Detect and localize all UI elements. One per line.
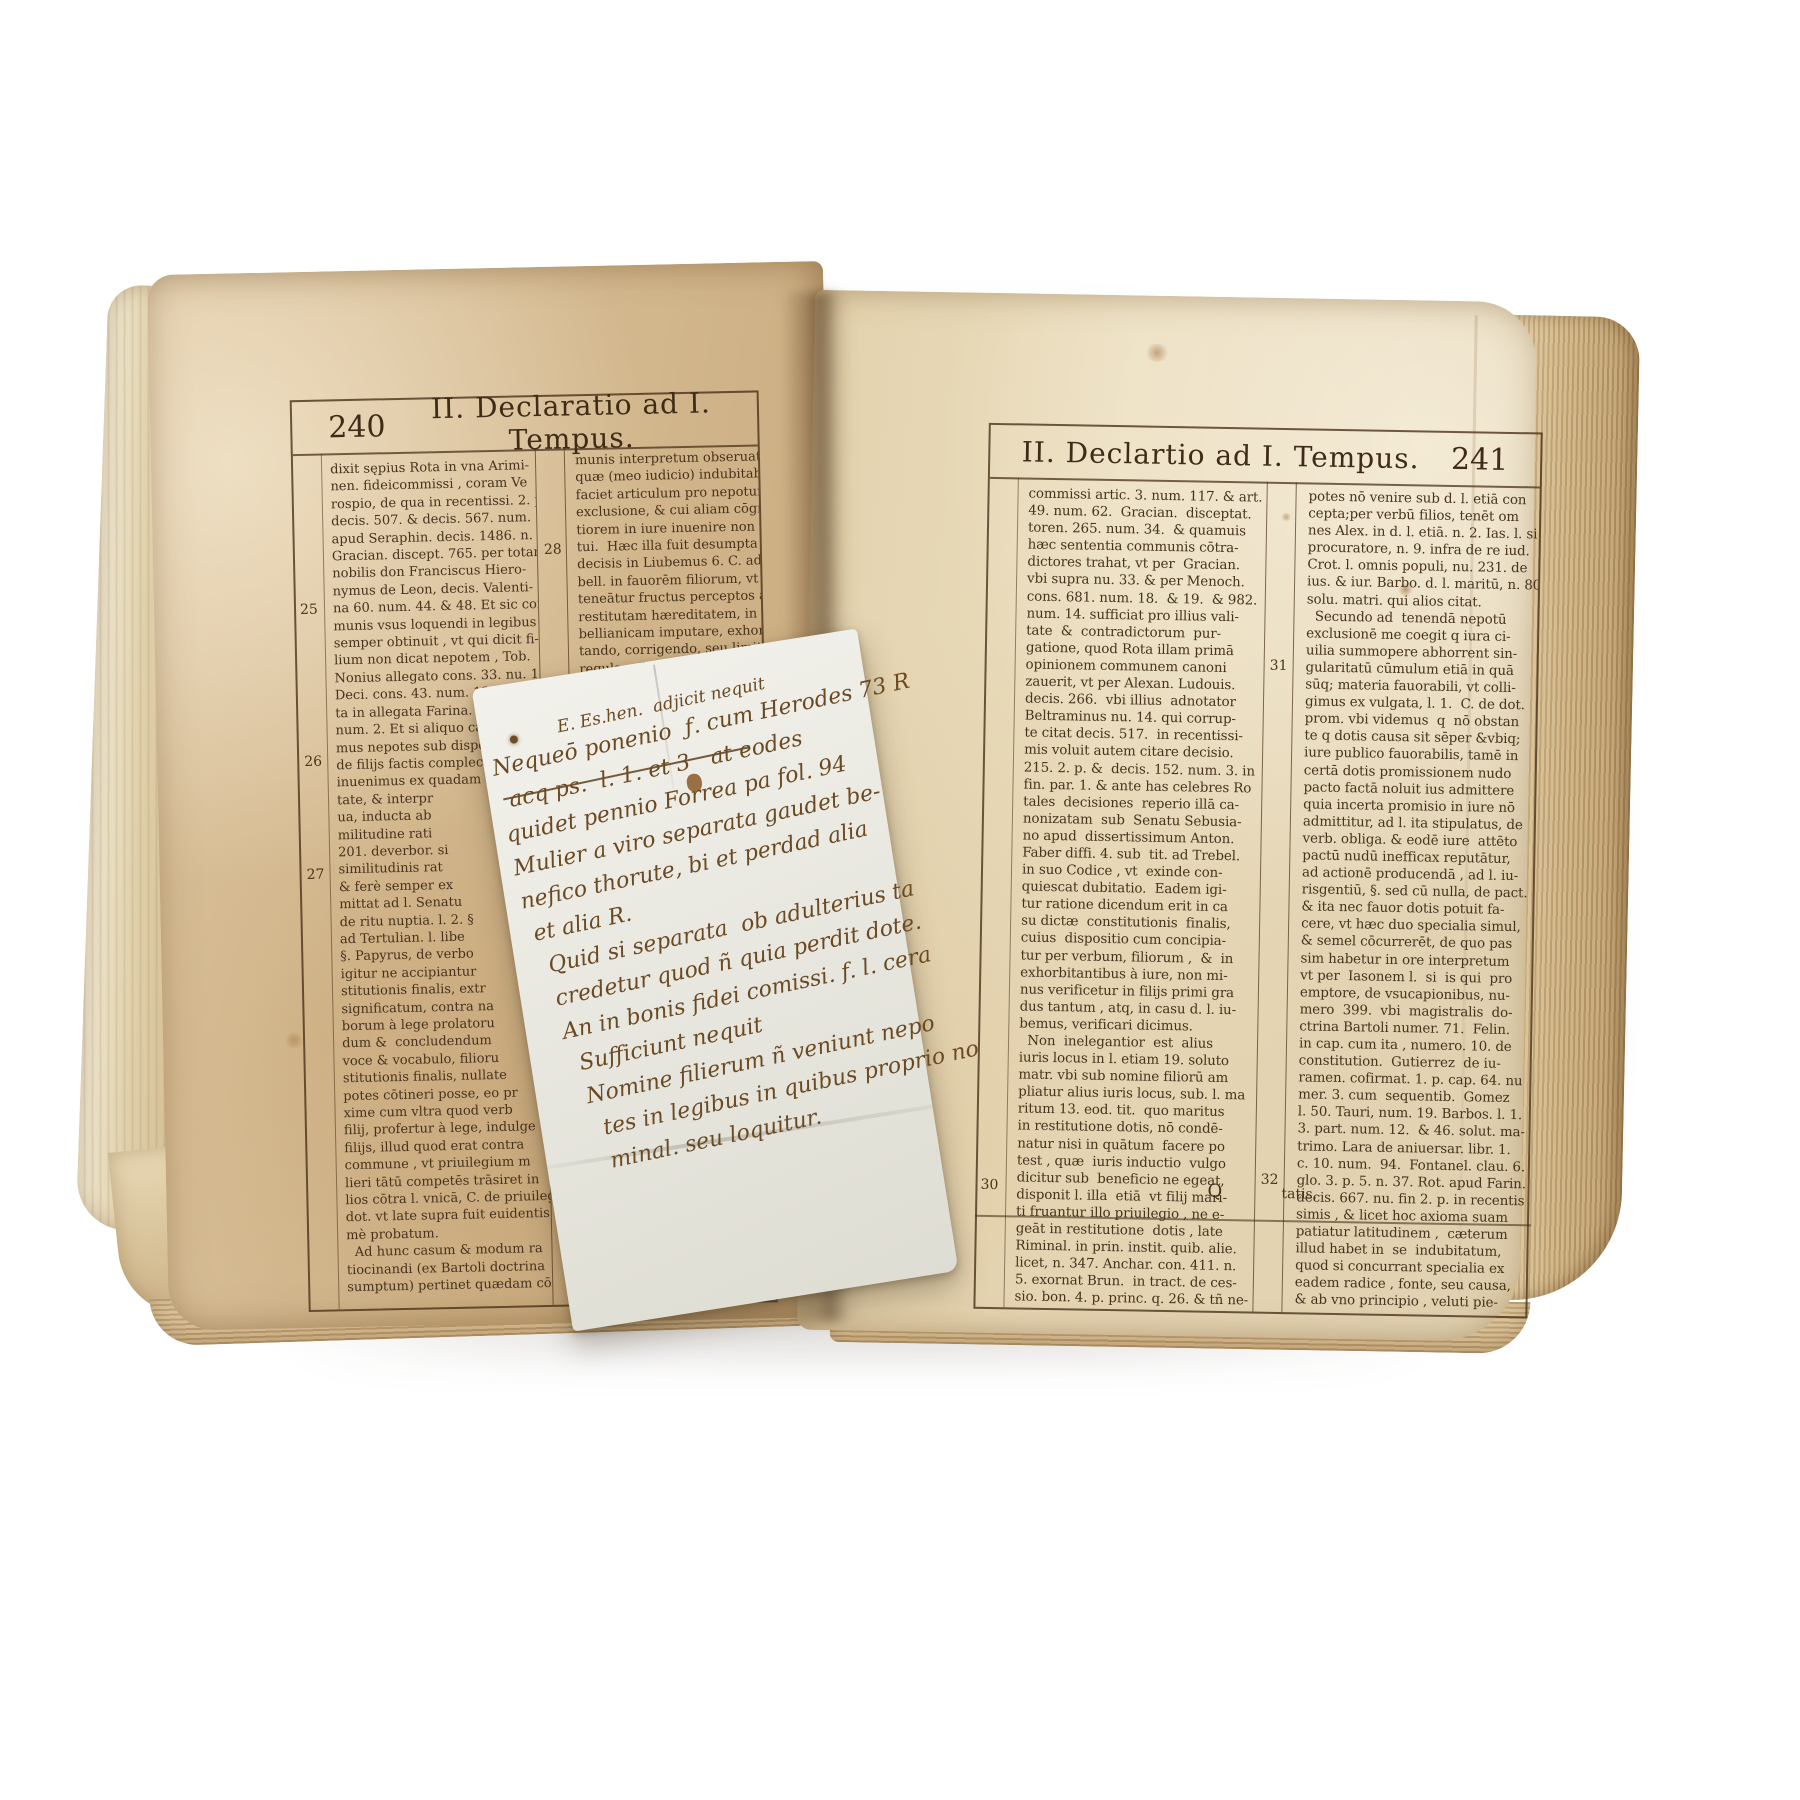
right-column-2: potes nō venire sub d. l. etiā concepta;… xyxy=(1282,482,1539,1316)
right-page-frame: II. Declartio ad I. Tempus. 241 30 commi… xyxy=(973,423,1542,1319)
note-handwriting: E. Es.hen. adjicit nequitNequeō ponenio … xyxy=(483,650,937,1185)
right-page-body: 30 commissi artic. 3. num. 117. & art.49… xyxy=(975,477,1539,1316)
book-photograph: 240 II. Declaratio ad I. Tempus. 25 26 2… xyxy=(0,0,1800,1800)
margin-number: 32 xyxy=(1261,1172,1279,1188)
margin-number: 28 xyxy=(544,542,562,558)
left-page-number: 240 xyxy=(328,409,386,445)
foxing-stain xyxy=(283,1032,305,1048)
margin-number: 31 xyxy=(1269,658,1287,674)
text-line: sumptum) pertinet quædam cō- xyxy=(347,1275,552,1297)
text-line: & ab vno principio , veluti pie- xyxy=(1294,1292,1525,1313)
signature-mark: Q xyxy=(1207,1181,1222,1202)
margin-number: 30 xyxy=(980,1177,998,1193)
catchword: tatis, xyxy=(1281,1186,1317,1203)
margin-number: 27 xyxy=(306,867,324,883)
margin-number: 25 xyxy=(300,602,318,618)
right-page-number: 241 xyxy=(1451,441,1509,477)
foxing-stain xyxy=(1144,344,1170,362)
margin-number: 26 xyxy=(304,754,322,770)
text-line: sio. bon. 4. p. princ. q. 26. & tñ ne- xyxy=(1014,1289,1252,1310)
right-column-1: commissi artic. 3. num. 117. & art.49. n… xyxy=(1004,477,1266,1311)
right-running-title: II. Declartio ad I. Tempus. xyxy=(990,434,1451,475)
